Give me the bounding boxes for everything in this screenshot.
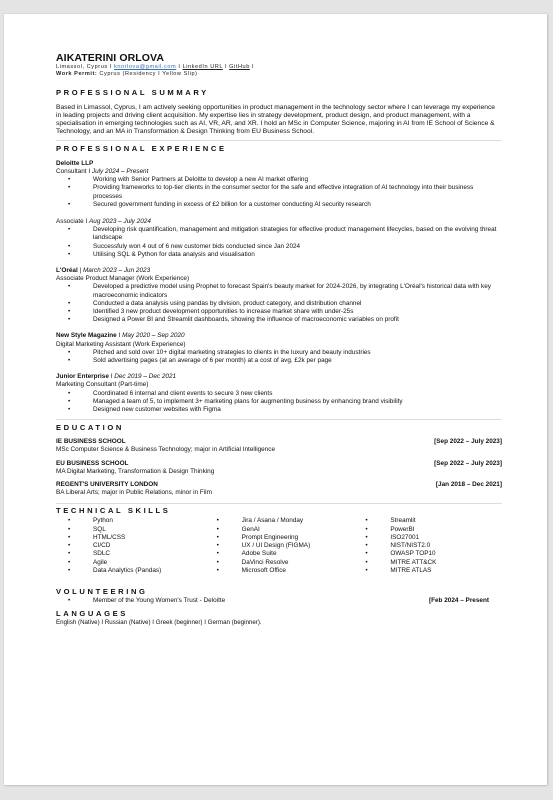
section-title-volunteering: VOLUNTEERING: [56, 587, 502, 597]
job-dates: Dec 2019 – Dec 2021: [114, 373, 176, 380]
school-name: EU BUSINESS SCHOOL: [56, 460, 214, 468]
job-dates: July 2024 – Present: [92, 168, 149, 175]
list-item: Secured government funding in excess of …: [56, 201, 502, 209]
education-details: REGENT'S UNIVERSITY LONDONBA Liberal Art…: [56, 481, 212, 497]
school-name: REGENT'S UNIVERSITY LONDON: [56, 481, 212, 489]
job-role: Associate Product Manager (Work Experien…: [56, 275, 502, 283]
skills-column: Jira / Asana / MondayGenAIPrompt Enginee…: [205, 517, 354, 574]
job-dates: March 2023 – Jun 2023: [83, 267, 150, 274]
job-entry: L'Oréal | March 2023 – Jun 2023Associate…: [56, 267, 502, 324]
list-item: Designed new customer websites with Figm…: [56, 406, 502, 414]
skill-item: Adobe Suite: [205, 550, 354, 558]
github-link[interactable]: GitHub: [229, 64, 250, 70]
degree: MA Digital Marketing, Transformation & D…: [56, 468, 214, 476]
job-header: Deloitte LLP: [56, 160, 502, 168]
skill-item: CI/CD: [56, 542, 205, 550]
education-dates: [Sep 2022 – July 2023]: [434, 460, 502, 476]
job-bullets: Pitched and sold over 10+ digital market…: [56, 349, 502, 365]
summary-text: Based in Limassol, Cyprus, I am actively…: [56, 104, 502, 137]
skill-item: GenAI: [205, 526, 354, 534]
list-item: Identified 3 new product development opp…: [56, 308, 502, 316]
volunteering-dates: [Feb 2024 – Present: [429, 597, 502, 605]
list-item: Providing frameworks to top-tier clients…: [56, 184, 502, 200]
divider: [56, 419, 502, 420]
skill-item: Jira / Asana / Monday: [205, 517, 354, 525]
job-entry: Deloitte LLPConsultant I July 2024 – Pre…: [56, 160, 502, 209]
skill-item: Streamlit: [353, 517, 502, 525]
skill-item: PowerBI: [353, 526, 502, 534]
skills-column: PythonSQLHTML/CSSCI/CDSDLCAgileData Anal…: [56, 517, 205, 574]
section-title-skills: TECHNICAL SKILLS: [56, 506, 502, 516]
work-permit-value: Cyprus (Residency I Yellow Slip): [99, 71, 197, 77]
languages-text: English (Native) I Russian (Native) I Gr…: [56, 619, 502, 627]
job-role: Digital Marketing Assistant (Work Experi…: [56, 341, 502, 349]
skills-grid: PythonSQLHTML/CSSCI/CDSDLCAgileData Anal…: [56, 517, 502, 574]
experience-list: Deloitte LLPConsultant I July 2024 – Pre…: [56, 160, 502, 414]
job-role: Marketing Consultant (Part-time): [56, 381, 502, 389]
divider: [56, 503, 502, 504]
company-name: Deloitte LLP: [56, 160, 93, 167]
education-details: EU BUSINESS SCHOOLMA Digital Marketing, …: [56, 460, 214, 476]
degree: BA Liberal Arts; major in Public Relatio…: [56, 489, 212, 497]
job-entry: New Style Magazine I May 2020 – Sep 2020…: [56, 332, 502, 365]
degree: MSc Computer Science & Business Technolo…: [56, 446, 275, 454]
work-permit-line: Work Permit: Cyprus (Residency I Yellow …: [56, 71, 502, 78]
job-dates: May 2020 – Sep 2020: [122, 332, 185, 339]
location: Limassol, Cyprus: [56, 64, 108, 70]
job-role-line: Consultant I July 2024 – Present: [56, 168, 502, 176]
job-role: Consultant I: [56, 168, 92, 175]
skill-item: HTML/CSS: [56, 534, 205, 542]
list-item: Designed a Power BI and Streamlit dashbo…: [56, 316, 502, 324]
section-title-education: EDUCATION: [56, 423, 502, 433]
section-title-experience: PROFESSIONAL EXPERIENCE: [56, 144, 502, 154]
skill-item: UX / UI Design (FIGMA): [205, 542, 354, 550]
education-entry: REGENT'S UNIVERSITY LONDONBA Liberal Art…: [56, 481, 502, 497]
education-dates: [Sep 2022 – July 2023]: [434, 438, 502, 454]
linkedin-link[interactable]: LinkedIn URL: [183, 64, 223, 70]
skill-item: SDLC: [56, 550, 205, 558]
skill-item: SQL: [56, 526, 205, 534]
list-item: Pitched and sold over 10+ digital market…: [56, 349, 502, 357]
skills-column: StreamlitPowerBIISO27001NIST/NIST2.0OWAS…: [353, 517, 502, 574]
section-title-summary: PROFESSIONAL SUMMARY: [56, 88, 502, 98]
school-name: IE BUSINESS SCHOOL: [56, 438, 275, 446]
job-bullets: Developing risk quantification, manageme…: [56, 226, 502, 259]
job-bullets: Developed a predictive model using Proph…: [56, 283, 502, 324]
skill-item: Python: [56, 517, 205, 525]
resume-page: AIKATERINI ORLOVA Limassol, Cyprus I kno…: [4, 14, 547, 785]
job-bullets: Coordinated 6 internal and client events…: [56, 390, 502, 415]
list-item: Coordinated 6 internal and client events…: [56, 390, 502, 398]
skill-item: OWASP TOP10: [353, 550, 502, 558]
education-details: IE BUSINESS SCHOOLMSc Computer Science &…: [56, 438, 275, 454]
company-name: Junior Enterprise: [56, 373, 109, 380]
list-item: Developing risk quantification, manageme…: [56, 226, 502, 242]
education-dates: [Jan 2018 – Dec 2021]: [436, 481, 502, 497]
contact-line: Limassol, Cyprus I knorlova@gmail.com I …: [56, 64, 502, 71]
list-item: Working with Senior Partners at Deloitte…: [56, 176, 502, 184]
job-role-line: Associate I Aug 2023 – July 2024: [56, 218, 502, 226]
skill-item: DaVinci Resolve: [205, 559, 354, 567]
job-header: New Style Magazine I May 2020 – Sep 2020: [56, 332, 502, 340]
list-item: Utilising SQL & Python for data analysis…: [56, 251, 502, 259]
list-item: Member of the Young Women's Trust - Delo…: [56, 597, 225, 605]
list-item: Managed a team of 5, to implement 3+ mar…: [56, 398, 502, 406]
job-header: L'Oréal | March 2023 – Jun 2023: [56, 267, 502, 275]
skill-item: Microsoft Office: [205, 567, 354, 575]
list-item: Successfuly won 4 out of 6 new customer …: [56, 243, 502, 251]
divider: [56, 140, 502, 141]
job-dates: Aug 2023 – July 2024: [89, 218, 151, 225]
volunteering-list: Member of the Young Women's Trust - Delo…: [56, 597, 225, 605]
skill-item: MITRE ATT&CK: [353, 559, 502, 567]
job-entry: Associate I Aug 2023 – July 2024Developi…: [56, 218, 502, 259]
skill-item: ISO27001: [353, 534, 502, 542]
email-link[interactable]: knorlova@gmail.com: [114, 64, 176, 70]
section-title-languages: LANGUAGES: [56, 609, 502, 619]
skill-item: Prompt Engineering: [205, 534, 354, 542]
skill-item: Agile: [56, 559, 205, 567]
job-entry: Junior Enterprise I Dec 2019 – Dec 2021M…: [56, 373, 502, 414]
company-name: New Style Magazine: [56, 332, 117, 339]
list-item: Developed a predictive model using Proph…: [56, 283, 502, 299]
education-list: IE BUSINESS SCHOOLMSc Computer Science &…: [56, 438, 502, 497]
skill-item: MITRE ATLAS: [353, 567, 502, 575]
job-role: Associate I: [56, 218, 89, 225]
company-name: L'Oréal: [56, 267, 78, 274]
candidate-name: AIKATERINI ORLOVA: [56, 52, 502, 64]
resume-content: AIKATERINI ORLOVA Limassol, Cyprus I kno…: [56, 52, 502, 627]
list-item: Sold advertising pages (at an average of…: [56, 357, 502, 365]
skill-item: Data Analytics (Pandas): [56, 567, 205, 575]
list-item: Conducted a data analysis using pandas b…: [56, 300, 502, 308]
skill-item: NIST/NIST2.0: [353, 542, 502, 550]
job-bullets: Working with Senior Partners at Deloitte…: [56, 176, 502, 209]
job-header: Junior Enterprise I Dec 2019 – Dec 2021: [56, 373, 502, 381]
education-entry: IE BUSINESS SCHOOLMSc Computer Science &…: [56, 438, 502, 454]
volunteering-row: Member of the Young Women's Trust - Delo…: [56, 597, 502, 605]
work-permit-label: Work Permit:: [56, 71, 97, 77]
education-entry: EU BUSINESS SCHOOLMA Digital Marketing, …: [56, 460, 502, 476]
